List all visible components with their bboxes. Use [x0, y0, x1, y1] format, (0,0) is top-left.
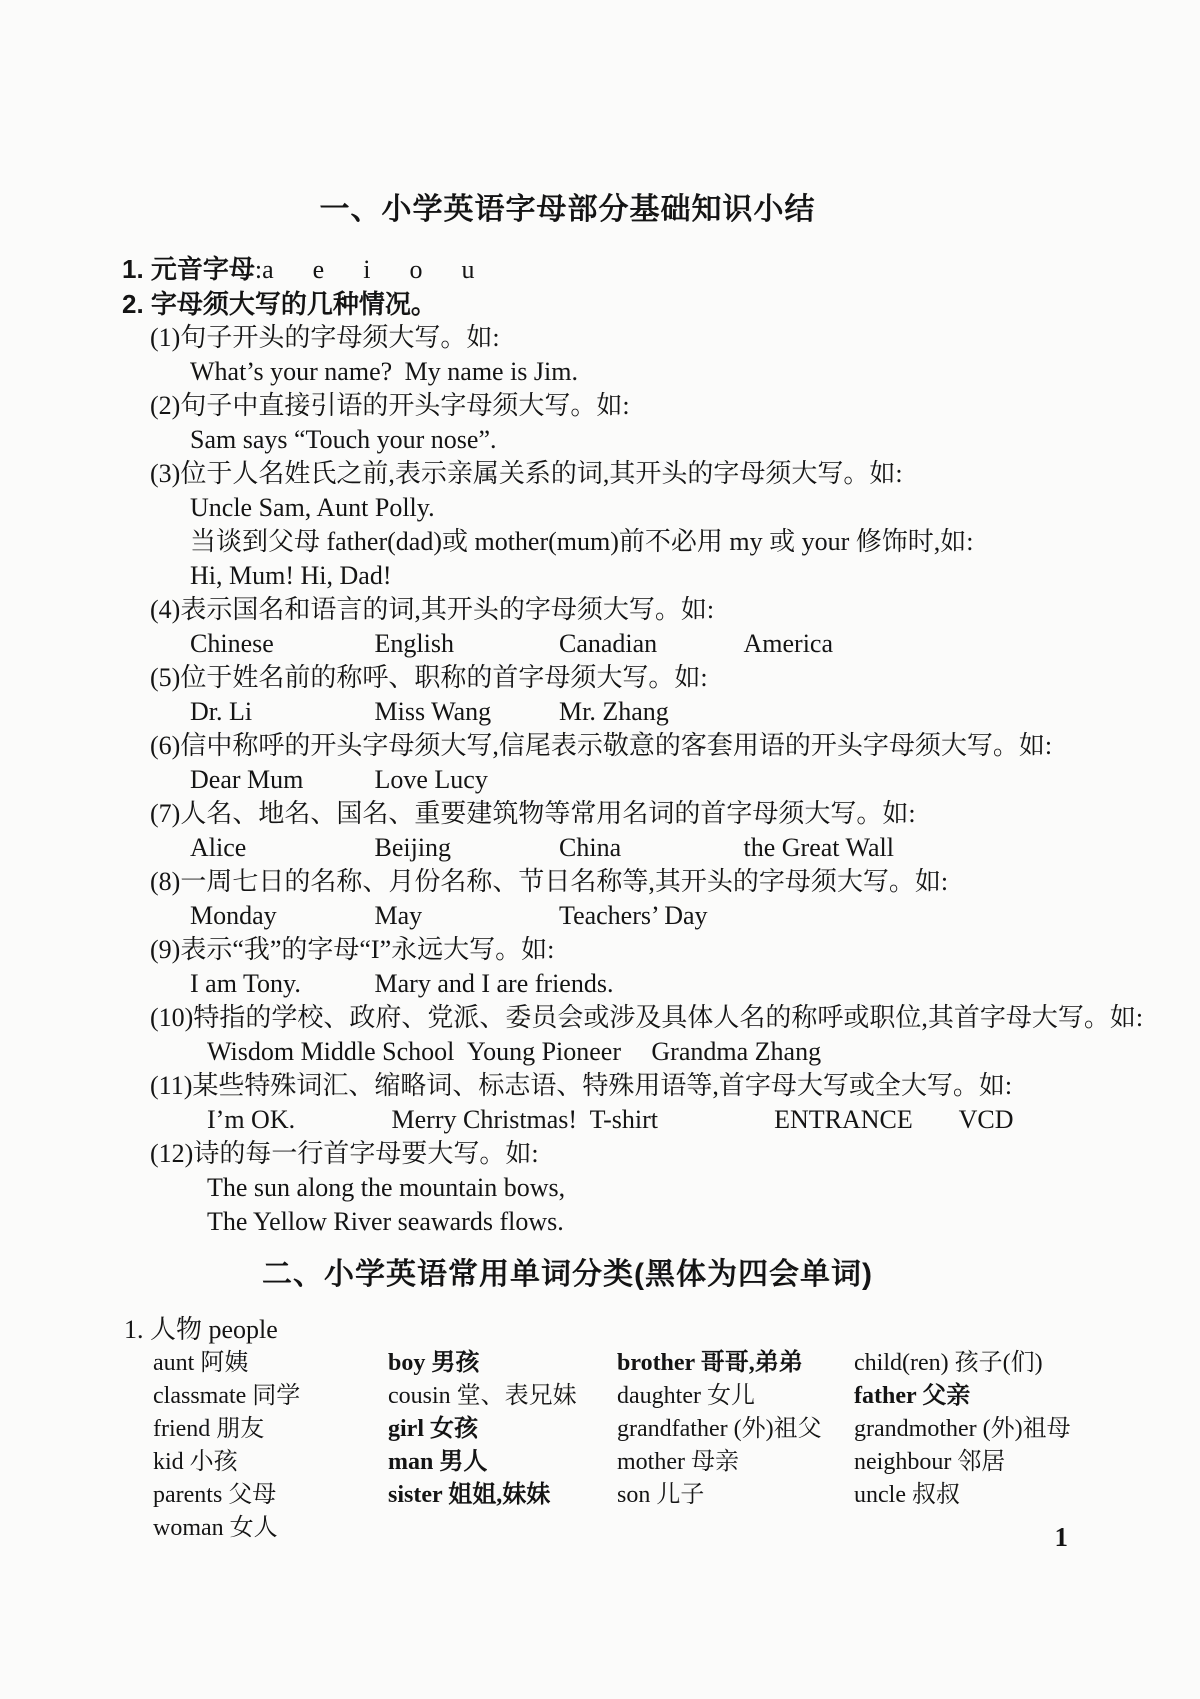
example-item: Uncle Sam, Aunt Polly. [190, 491, 435, 525]
example-line: 当谈到父母 father(dad)或 mother(mum)前不必用 my 或 … [110, 525, 1095, 559]
example-line: I’m OK. Merry Christmas! T-shirt ENTRANC… [110, 1103, 1095, 1137]
example-item: Young Pioneer [467, 1035, 639, 1069]
example-item: Dr. Li [190, 695, 362, 729]
rule-examples: Monday May Teachers’ Day [110, 899, 1095, 933]
example-item: Wisdom Middle School [207, 1035, 454, 1069]
example-item: What’s your name? [190, 355, 392, 389]
example-item: 当谈到父母 father(dad)或 mother(mum)前不必用 my 或 … [190, 525, 974, 559]
rule-heading: (8)一周七日的名称、月份名称、节日名称等,其开头的字母须大写。如: [110, 865, 1095, 899]
rule-heading: (1)句子开头的字母须大写。如: [110, 321, 1095, 355]
rule: (2)句子中直接引语的开头字母须大写。如: Sam says “Touch yo… [110, 389, 1095, 457]
example-item: Grandma Zhang [651, 1035, 823, 1069]
vocab-item: daughter 女儿 [617, 1380, 854, 1413]
rule: (5)位于姓名前的称呼、职称的首字母须大写。如: Dr. Li Miss Wan… [110, 661, 1095, 729]
rule-heading: (7)人名、地名、国名、重要建筑物等常用名词的首字母须大写。如: [110, 797, 1095, 831]
vocab-item: brother 哥哥,弟弟 [617, 1347, 854, 1380]
vocab-item: father 父亲 [854, 1380, 1095, 1413]
vowel-letters-line: 1. 元音字母:a e i o u [110, 252, 1095, 287]
vocab-item: boy 男孩 [388, 1347, 617, 1380]
example-item: Hi, Mum! Hi, Dad! [190, 559, 391, 593]
page-number: 1 [1055, 1522, 1069, 1553]
rule-heading: (6)信中称呼的开头字母须大写,信尾表示敬意的客套用语的开头字母须大写。如: [110, 729, 1095, 763]
rule: (7)人名、地名、国名、重要建筑物等常用名词的首字母须大写。如: Alice B… [110, 797, 1095, 865]
vocab-item: mother 母亲 [617, 1446, 854, 1479]
example-item: My name is Jim. [405, 355, 578, 389]
example-item: Monday [190, 899, 362, 933]
example-item: I am Tony. [190, 967, 362, 1001]
rule-heading: (11)某些特殊词汇、缩略词、标志语、特殊用语等,首字母大写或全大写。如: [110, 1069, 1095, 1103]
section-2-title: 二、小学英语常用单词分类(黑体为四会单词) [110, 1249, 1095, 1293]
rule: (9)表示“我”的字母“I”永远大写。如: I am Tony. Mary an… [110, 933, 1095, 1001]
example-line: Chinese English Canadian America [110, 627, 1095, 661]
vocab-item: woman 女人 [153, 1512, 388, 1545]
rule: (8)一周七日的名称、月份名称、节日名称等,其开头的字母须大写。如: Monda… [110, 865, 1095, 933]
section-2: 1. 人物 people aunt 阿姨 boy 男孩 brother 哥哥,弟… [110, 1313, 1095, 1545]
example-line: Dear Mum Love Lucy [110, 763, 1095, 797]
example-line: What’s your name? My name is Jim. [110, 355, 1095, 389]
rule-heading: (3)位于人名姓氏之前,表示亲属关系的词,其开头的字母须大写。如: [110, 457, 1095, 491]
example-item: Dear Mum [190, 763, 362, 797]
rule-examples: Chinese English Canadian America [110, 627, 1095, 661]
rule: (11)某些特殊词汇、缩略词、标志语、特殊用语等,首字母大写或全大写。如: I’… [110, 1069, 1095, 1137]
example-item: English [375, 627, 547, 661]
rule-heading: (10)特指的学校、政府、党派、委员会或涉及具体人名的称呼或职位,其首字母大写。… [110, 1001, 1095, 1035]
example-item: the Great Wall [744, 831, 916, 865]
example-item: May [375, 899, 547, 933]
vocab-item: man 男人 [388, 1446, 617, 1479]
capitalization-heading: 2. 字母须大写的几种情况。 [110, 287, 1095, 321]
rule-heading: (4)表示国名和语言的词,其开头的字母须大写。如: [110, 593, 1095, 627]
example-line: I am Tony. Mary and I are friends. [110, 967, 1095, 1001]
document-page: 一、小学英语字母部分基础知识小结 1. 元音字母:a e i o u 2. 字母… [0, 0, 1200, 1699]
example-line: Sam says “Touch your nose”. [110, 423, 1095, 457]
example-line: The sun along the mountain bows, [110, 1171, 1095, 1205]
example-item: Beijing [375, 831, 547, 865]
vocab-item: child(ren) 孩子(们) [854, 1347, 1095, 1380]
example-item: Teachers’ Day [559, 899, 731, 933]
vowel-letters-label: 1. 元音字母 [122, 254, 255, 284]
vocab-item: grandmother (外)祖母 [854, 1413, 1095, 1446]
vocabulary-grid: aunt 阿姨 boy 男孩 brother 哥哥,弟弟 child(ren) … [110, 1347, 1095, 1545]
example-item: VCD [959, 1103, 1131, 1137]
example-item: America [744, 627, 916, 661]
example-line: The Yellow River seawards flows. [110, 1205, 1095, 1239]
rule-examples: I’m OK. Merry Christmas! T-shirt ENTRANC… [110, 1103, 1095, 1137]
example-item: ENTRANCE [774, 1103, 946, 1137]
rule: (3)位于人名姓氏之前,表示亲属关系的词,其开头的字母须大写。如: Uncle … [110, 457, 1095, 593]
example-item: The Yellow River seawards flows. [207, 1205, 564, 1239]
example-item: Merry Christmas! [392, 1103, 578, 1137]
example-item: I’m OK. [207, 1103, 379, 1137]
vocab-item: girl 女孩 [388, 1413, 617, 1446]
vocab-item: kid 小孩 [153, 1446, 388, 1479]
vocab-item: son 儿子 [617, 1479, 854, 1512]
rule-heading: (2)句子中直接引语的开头字母须大写。如: [110, 389, 1095, 423]
section-1-title: 一、小学英语字母部分基础知识小结 [110, 0, 1095, 228]
example-item: The sun along the mountain bows, [207, 1171, 565, 1205]
example-item: Sam says “Touch your nose”. [190, 423, 497, 457]
rule-examples: Uncle Sam, Aunt Polly. 当谈到父母 father(dad)… [110, 491, 1095, 593]
vocab-item: cousin 堂、表兄妹 [388, 1380, 617, 1413]
rule-examples: Alice Beijing China the Great Wall [110, 831, 1095, 865]
vocab-item: parents 父母 [153, 1479, 388, 1512]
rule-examples: What’s your name? My name is Jim. [110, 355, 1095, 389]
rule-heading: (9)表示“我”的字母“I”永远大写。如: [110, 933, 1095, 967]
rule: (10)特指的学校、政府、党派、委员会或涉及具体人名的称呼或职位,其首字母大写。… [110, 1001, 1095, 1069]
rule: (4)表示国名和语言的词,其开头的字母须大写。如: Chinese Englis… [110, 593, 1095, 661]
example-item: Mr. Zhang [559, 695, 731, 729]
example-line: Uncle Sam, Aunt Polly. [110, 491, 1095, 525]
rule-examples: Wisdom Middle School Young Pioneer Grand… [110, 1035, 1095, 1069]
capitalization-rules: (1)句子开头的字母须大写。如: What’s your name? My na… [110, 321, 1095, 1239]
vocab-item: neighbour 邻居 [854, 1446, 1095, 1479]
example-item: Miss Wang [375, 695, 547, 729]
example-line: Dr. Li Miss Wang Mr. Zhang [110, 695, 1095, 729]
example-item: Canadian [559, 627, 731, 661]
example-line: Monday May Teachers’ Day [110, 899, 1095, 933]
category-heading: 1. 人物 people [110, 1313, 1095, 1347]
rule-examples: I am Tony. Mary and I are friends. [110, 967, 1095, 1001]
example-item: China [559, 831, 731, 865]
example-item: Chinese [190, 627, 362, 661]
example-line: Hi, Mum! Hi, Dad! [110, 559, 1095, 593]
vowel-letters: :a e i o u [255, 255, 475, 284]
rule-heading: (5)位于姓名前的称呼、职称的首字母须大写。如: [110, 661, 1095, 695]
rule-examples: Dear Mum Love Lucy [110, 763, 1095, 797]
vocab-item: classmate 同学 [153, 1380, 388, 1413]
example-item: Love Lucy [375, 763, 547, 797]
example-item: T-shirt [590, 1103, 762, 1137]
vocab-item: sister 姐姐,妹妹 [388, 1479, 617, 1512]
rule-examples: Sam says “Touch your nose”. [110, 423, 1095, 457]
vocab-item: grandfather (外)祖父 [617, 1413, 854, 1446]
rule: (12)诗的每一行首字母要大写。如: The sun along the mou… [110, 1137, 1095, 1239]
rule: (1)句子开头的字母须大写。如: What’s your name? My na… [110, 321, 1095, 389]
example-line: Wisdom Middle School Young Pioneer Grand… [110, 1035, 1095, 1069]
rule-heading: (12)诗的每一行首字母要大写。如: [110, 1137, 1095, 1171]
example-item: Mary and I are friends. [375, 967, 614, 1001]
rule: (6)信中称呼的开头字母须大写,信尾表示敬意的客套用语的开头字母须大写。如: D… [110, 729, 1095, 797]
rule-examples: Dr. Li Miss Wang Mr. Zhang [110, 695, 1095, 729]
section-1: 1. 元音字母:a e i o u 2. 字母须大写的几种情况。 (1)句子开头… [110, 252, 1095, 1239]
rule-examples: The sun along the mountain bows, The Yel… [110, 1171, 1095, 1239]
vocab-item: uncle 叔叔 [854, 1479, 1095, 1512]
example-line: Alice Beijing China the Great Wall [110, 831, 1095, 865]
example-item: Alice [190, 831, 362, 865]
vocab-item: friend 朋友 [153, 1413, 388, 1446]
vocab-item: aunt 阿姨 [153, 1347, 388, 1380]
